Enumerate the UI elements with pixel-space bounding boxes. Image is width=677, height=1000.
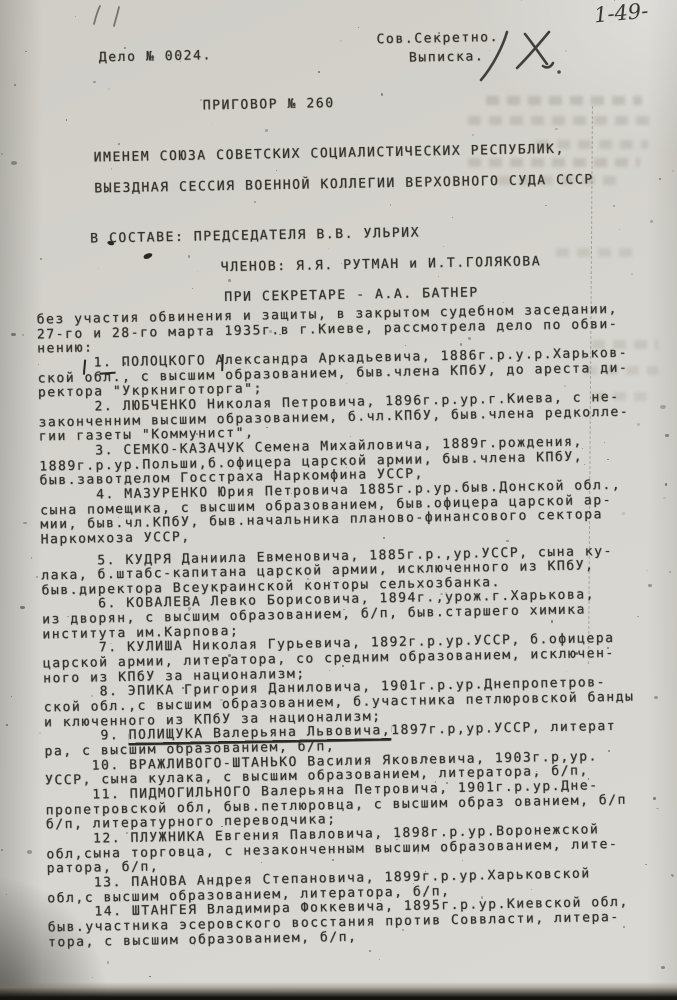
case-number: Дело № 0024.	[99, 48, 212, 65]
scanned-document-page: Дело № 0024. Сов.Секретно. Выписка. ПРИГ…	[0, 0, 677, 1000]
handwritten-check-mark	[455, 22, 565, 86]
court-composition-line: ЧЛЕНОВ: Я.Я. РУТМАН и И.Т.ГОЛЯКОВА	[221, 254, 542, 275]
body-lines: без участия обвинения и защиты, в закрыт…	[37, 302, 669, 950]
document-title: ПРИГОВОР № 260	[203, 96, 335, 113]
typed-content: Дело № 0024. Сов.Секретно. Выписка. ПРИГ…	[0, 0, 677, 1000]
page-bottom-edge-shadow	[0, 982, 677, 1000]
court-composition-line: В СОСТАВЕ: ПРЕДСЕДАТЕЛЯ В.В. УЛЬРИХ	[90, 225, 420, 246]
court-composition-line: ПРИ СЕКРЕТАРЕ - А.А. БАТНЕР	[224, 285, 479, 305]
heading-line: ВЫЕЗДНАЯ СЕССИЯ ВОЕННОЙ КОЛЛЕГИИ ВЕРХОВН…	[94, 172, 594, 196]
ink-mark	[143, 252, 153, 260]
handwritten-stroke-marks	[88, 4, 128, 30]
heading-line: ИМЕНЕМ СОЮЗА СОВЕТСКИХ СОЦИАЛИСТИЧЕСКИХ …	[94, 142, 566, 166]
handwritten-page-number: 1-49-	[593, 0, 649, 27]
